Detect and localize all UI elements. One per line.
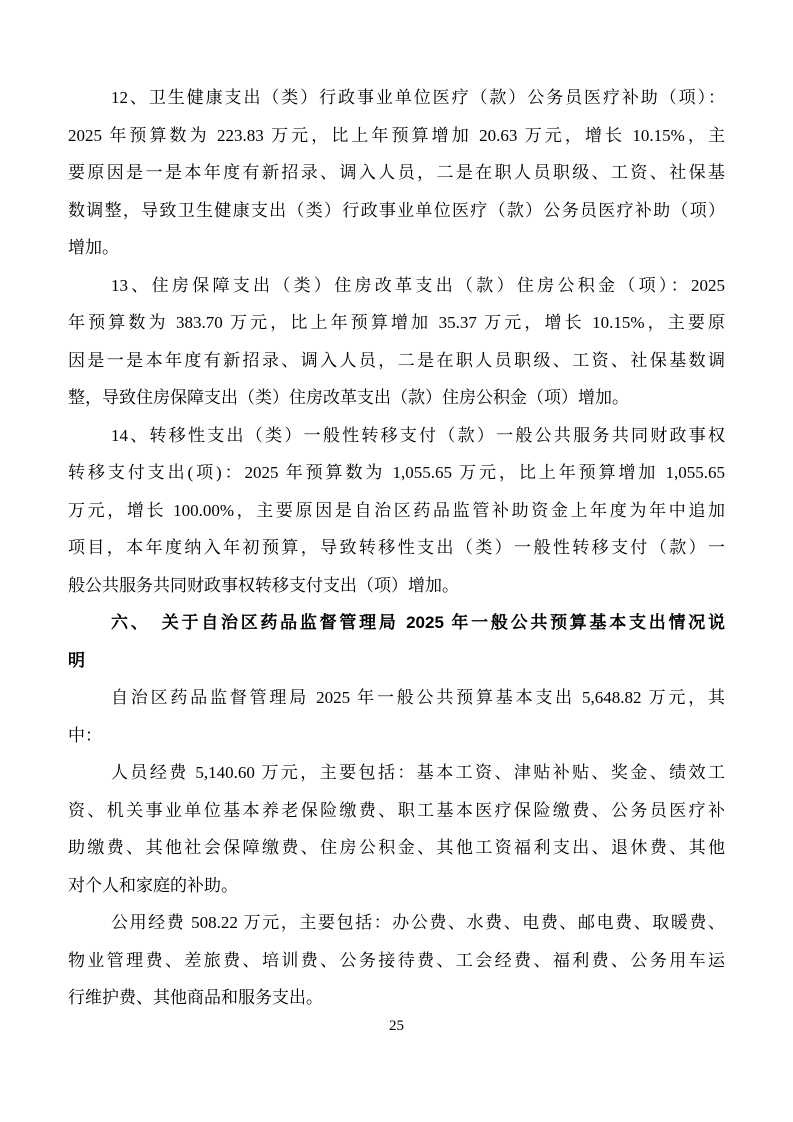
paragraph-personnel-expenses: 人员经费 5,140.60 万元，主要包括：基本工资、津贴补贴、奖金、绩效工 资… bbox=[68, 754, 725, 904]
text-line: 项目，本年度纳入年初预算，导致转移性支出（类）一般性转移支付（款）一 bbox=[68, 529, 725, 567]
text-line: 要原因是一是本年度有新招录、调入人员，二是在职人员职级、工资、社保基 bbox=[68, 154, 725, 192]
text-line: 般公共服务共同财政事权转移支付支出（项）增加。 bbox=[68, 567, 725, 605]
text-line: 整，导致住房保障支出（类）住房改革支出（款）住房公积金（项）增加。 bbox=[68, 379, 725, 417]
paragraph-item-13: 13、住房保障支出（类）住房改革支出（款）住房公积金（项）：2025 年预算数为… bbox=[68, 267, 725, 417]
text-line: 年预算数为 383.70 万元，比上年预算增加 35.37 万元，增长 10.1… bbox=[68, 304, 725, 342]
text-line: 人员经费 5,140.60 万元，主要包括：基本工资、津贴补贴、奖金、绩效工 bbox=[68, 754, 725, 792]
paragraph-basic-expenditure-intro: 自治区药品监督管理局 2025 年一般公共预算基本支出 5,648.82 万元，… bbox=[68, 679, 725, 754]
text-line: 转移支付支出(项)：2025 年预算数为 1,055.65 万元，比上年预算增加… bbox=[68, 454, 725, 492]
text-line: 万元，增长 100.00%，主要原因是自治区药品监管补助资金上年度为年中追加 bbox=[68, 492, 725, 530]
text-line: 因是一是本年度有新招录、调入人员，二是在职人员职级、工资、社保基数调 bbox=[68, 342, 725, 380]
text-line: 行维护费、其他商品和服务支出。 bbox=[68, 979, 725, 1017]
text-line: 自治区药品监督管理局 2025 年一般公共预算基本支出 5,648.82 万元，… bbox=[68, 679, 725, 717]
text-line: 13、住房保障支出（类）住房改革支出（款）住房公积金（项）：2025 bbox=[68, 267, 725, 305]
document-page: 12、卫生健康支出（类）行政事业单位医疗（款）公务员医疗补助（项）： 2025 … bbox=[0, 0, 793, 1122]
text-line: 公用经费 508.22 万元，主要包括：办公费、水费、电费、邮电费、取暖费、 bbox=[68, 904, 725, 942]
paragraph-item-14: 14、转移性支出（类）一般性转移支付（款）一般公共服务共同财政事权 转移支付支出… bbox=[68, 417, 725, 605]
text-line: 14、转移性支出（类）一般性转移支付（款）一般公共服务共同财政事权 bbox=[68, 417, 725, 455]
text-line: 2025 年预算数为 223.83 万元，比上年预算增加 20.63 万元，增长… bbox=[68, 117, 725, 155]
section-heading-six: 六、 关于自治区药品监督管理局 2025 年一般公共预算基本支出情况说 明 bbox=[68, 604, 725, 679]
text-line: 增加。 bbox=[68, 229, 725, 267]
paragraph-public-expenses: 公用经费 508.22 万元，主要包括：办公费、水费、电费、邮电费、取暖费、 物… bbox=[68, 904, 725, 1017]
heading-line: 明 bbox=[68, 642, 725, 680]
text-line: 数调整，导致卫生健康支出（类）行政事业单位医疗（款）公务员医疗补助（项） bbox=[68, 192, 725, 230]
heading-line: 六、 关于自治区药品监督管理局 2025 年一般公共预算基本支出情况说 bbox=[68, 604, 725, 642]
page-number: 25 bbox=[0, 1016, 793, 1036]
document-content: 12、卫生健康支出（类）行政事业单位医疗（款）公务员医疗补助（项）： 2025 … bbox=[0, 0, 793, 1017]
paragraph-item-12: 12、卫生健康支出（类）行政事业单位医疗（款）公务员医疗补助（项）： 2025 … bbox=[68, 79, 725, 267]
text-line: 中： bbox=[68, 717, 725, 755]
text-line: 对个人和家庭的补助。 bbox=[68, 867, 725, 905]
text-line: 物业管理费、差旅费、培训费、公务接待费、工会经费、福利费、公务用车运 bbox=[68, 942, 725, 980]
text-line: 12、卫生健康支出（类）行政事业单位医疗（款）公务员医疗补助（项）： bbox=[68, 79, 725, 117]
text-line: 资、机关事业单位基本养老保险缴费、职工基本医疗保险缴费、公务员医疗补 bbox=[68, 792, 725, 830]
text-line: 助缴费、其他社会保障缴费、住房公积金、其他工资福利支出、退休费、其他 bbox=[68, 829, 725, 867]
